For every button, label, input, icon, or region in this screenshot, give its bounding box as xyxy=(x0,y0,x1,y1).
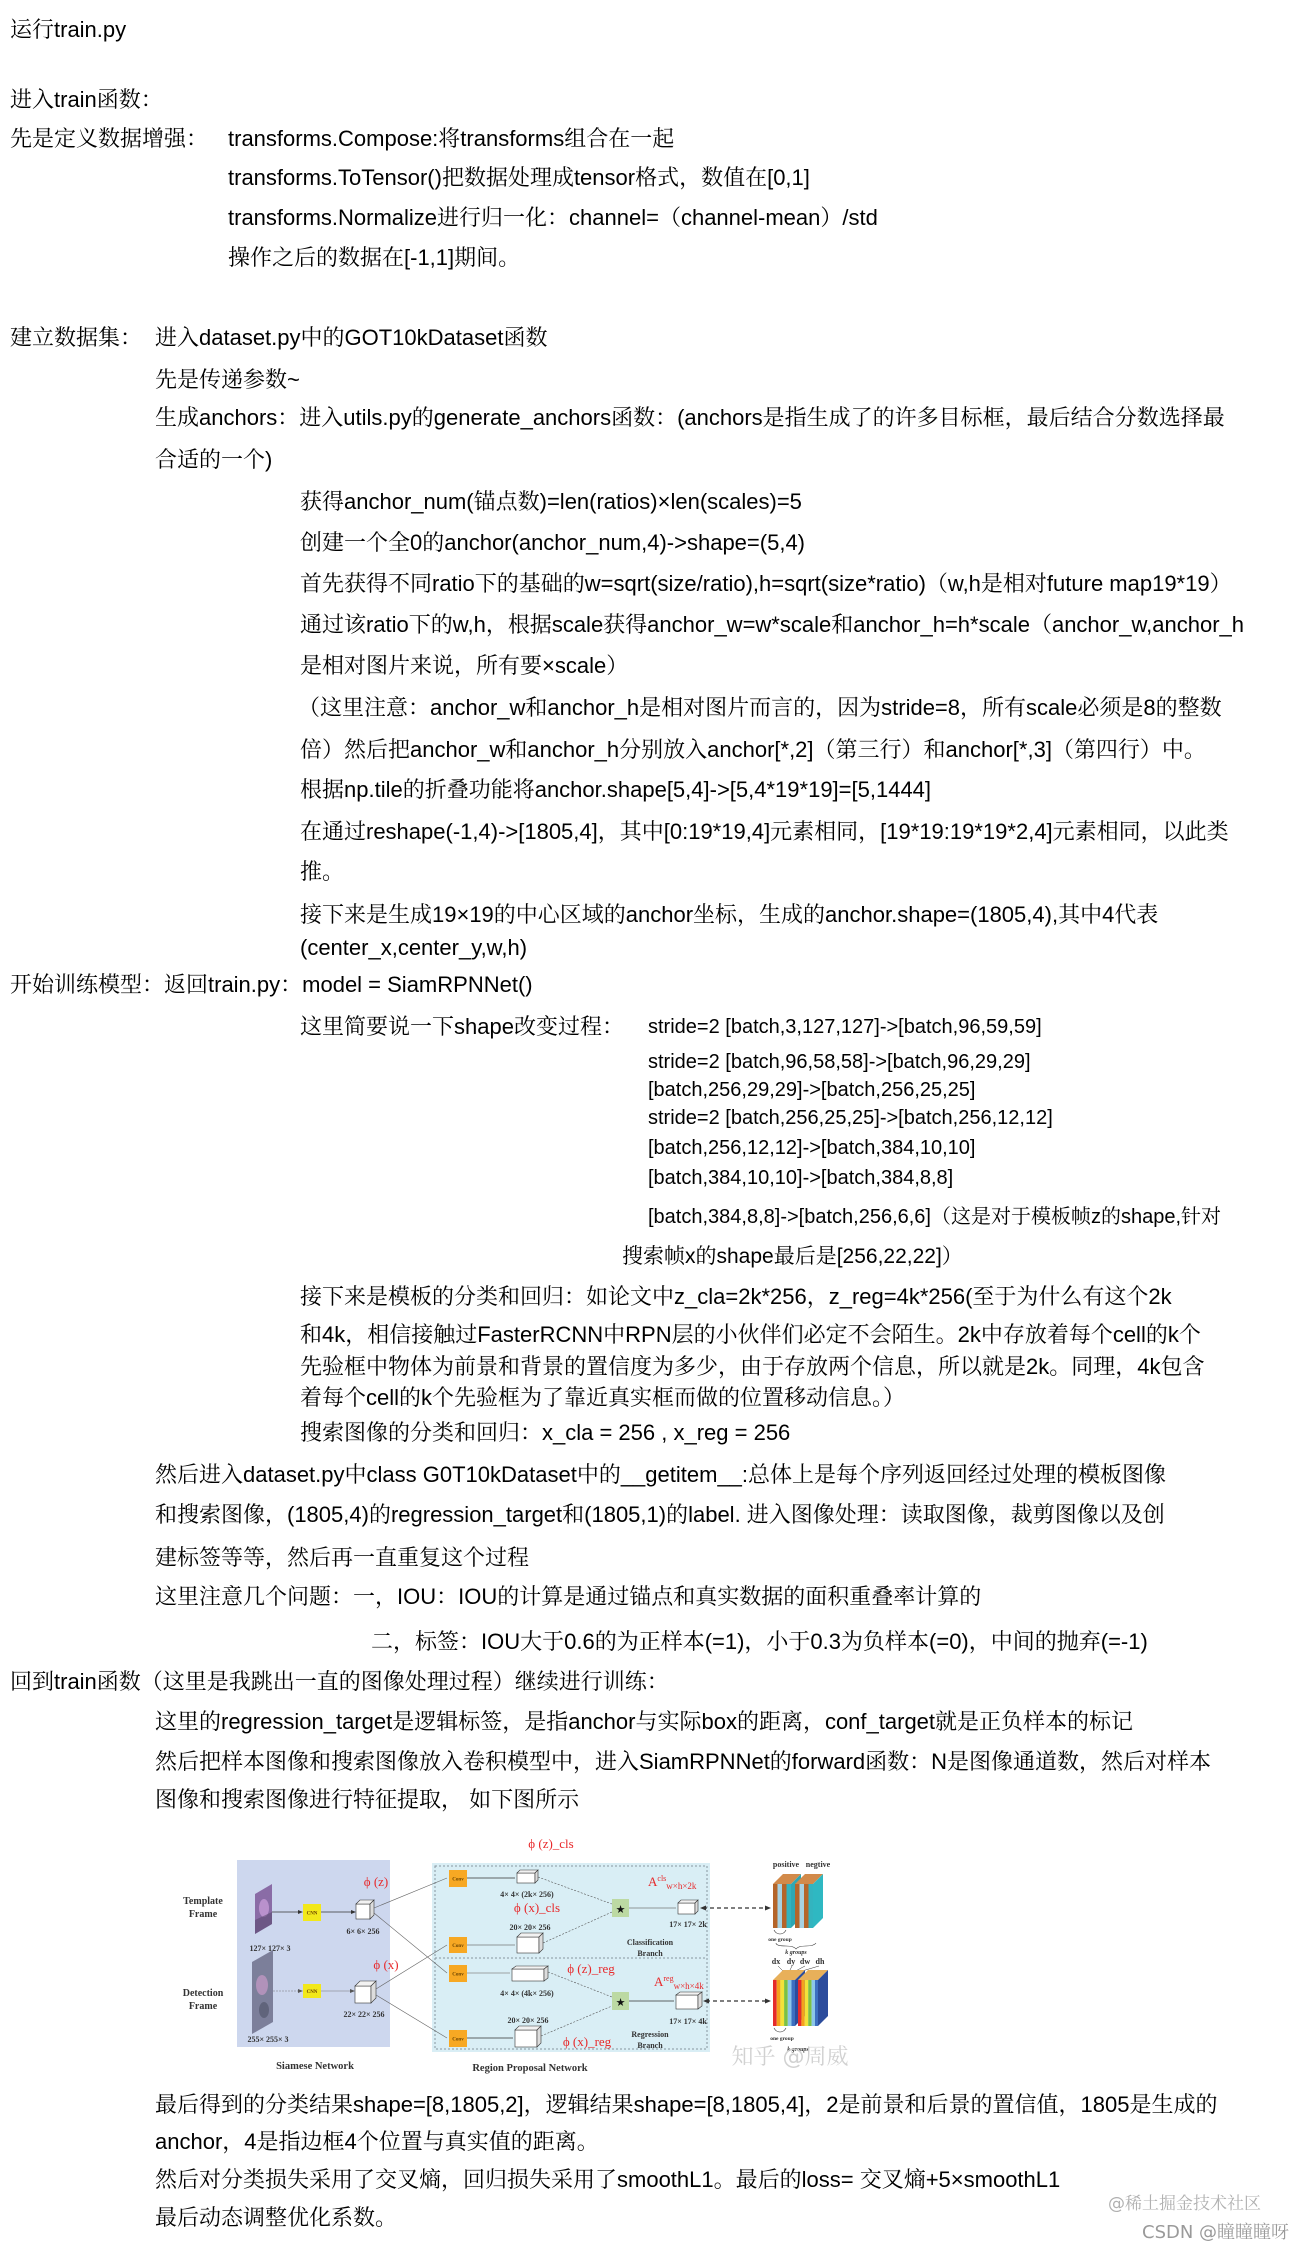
conv-label: Conv xyxy=(452,1878,464,1883)
cube-z-cls xyxy=(517,1870,538,1883)
cls-output-stack xyxy=(773,1874,823,1928)
anchors-line: 通过该ratio下的w,h，根据scale获得anchor_w=w*scale和… xyxy=(300,611,1244,639)
output-cube-reg xyxy=(676,1992,702,2009)
juejin-watermark: @稀土掘金技术社区 xyxy=(1108,2189,1261,2214)
cls-reg-line: 和4k，相信接触过FasterRCNN中RPN层的小伙伴们必定不会陌生。2k中存… xyxy=(300,1321,1201,1349)
x-feature-size: 22× 22× 256 xyxy=(343,2010,384,2019)
z-feature-size: 6× 6× 256 xyxy=(346,1927,379,1936)
shape-step: [batch,384,8,8]->[batch,256,6,6]（这是对于模板帧… xyxy=(648,1204,1221,1230)
feature-cube-x xyxy=(355,1981,376,2003)
phi-z-cls-label: ϕ (z)_cls xyxy=(528,1836,573,1851)
heading-enter-train: 进入train函数： xyxy=(10,86,163,114)
phi-z-reg-label: ϕ (z)_reg xyxy=(567,1961,615,1976)
k-groups-label: k groups xyxy=(785,1950,807,1956)
feature-cube-z xyxy=(356,1900,374,1919)
z-reg-size: 4× 4× (4k× 256) xyxy=(500,1989,554,1998)
dataset-line: 进入dataset.py中的GOT10kDataset函数 xyxy=(155,324,547,352)
getitem-line: 和搜索图像，(1805,4)的regression_target和(1805,1… xyxy=(155,1501,1165,1529)
one-group-label: one group xyxy=(770,2036,794,2042)
getitem-line: 然后进入dataset.py中class G0T10kDataset中的__ge… xyxy=(155,1461,1166,1489)
brace-icon xyxy=(774,1930,786,1934)
anchors-line: 推。 xyxy=(300,858,344,886)
anchors-line: 在通过reshape(-1,4)->[1805,4]，其中[0:19*19,4]… xyxy=(300,818,1229,846)
shape-step: stride=2 [batch,256,25,25]->[batch,256,1… xyxy=(648,1105,1053,1131)
model-line: 开始训练模型：返回train.py：model = SiamRPNNet() xyxy=(10,971,533,999)
detection-frame-label: Detection xyxy=(183,1988,224,1999)
anchors-line: 倍）然后把anchor_w和anchor_h分别放入anchor[*,2]（第三… xyxy=(300,736,1206,764)
dataset-line: 先是传递参数~ xyxy=(155,366,300,394)
augment-line: transforms.ToTensor()把数据处理成tensor格式，数值在[… xyxy=(228,164,810,192)
shape-step: stride=2 [batch,96,58,58]->[batch,96,29,… xyxy=(648,1049,1031,1075)
channel-label: dx xyxy=(772,1957,780,1966)
anchors-line: （这里注意：anchor_w和anchor_h是相对图片而言的，因为stride… xyxy=(298,694,1222,722)
classification-branch-label: Classification xyxy=(627,1938,674,1947)
csdn-watermark: CSDN @瞳瞳瞳呀 xyxy=(1142,2218,1289,2244)
getitem-line: 建标签等等，然后再一直重复这个过程 xyxy=(155,1544,529,1572)
back-train-line: 图像和搜索图像进行特征提取， 如下图所示 xyxy=(155,1786,579,1814)
anchors-line: (center_x,center_y,w,h) xyxy=(300,934,527,962)
dataset-line: 生成anchors：进入utils.py的generate_anchors函数：… xyxy=(155,404,1225,432)
conv-label: Conv xyxy=(452,1944,464,1949)
shape-step: [batch,384,10,10]->[batch,384,8,8] xyxy=(648,1165,953,1191)
augment-line: transforms.Normalize进行归一化：channel=（chann… xyxy=(228,204,878,232)
results-line: 然后对分类损失采用了交叉熵，回归损失采用了smoothL1。最后的loss= 交… xyxy=(155,2166,1060,2194)
classification-branch-label: Branch xyxy=(637,1949,663,1958)
anchors-line: 首先获得不同ratio下的基础的w=sqrt(size/ratio),h=sqr… xyxy=(300,570,1232,598)
shape-step: stride=2 [batch,3,127,127]->[batch,96,59… xyxy=(648,1014,1042,1040)
zhihu-watermark: 知乎 @周威 xyxy=(732,2045,849,2070)
one-group-label: one group xyxy=(768,1937,792,1943)
augment-line: 操作之后的数据在[-1,1]期间。 xyxy=(228,244,520,272)
conv-label: Conv xyxy=(452,2038,464,2043)
back-train-line: 然后把样本图像和搜索图像放入卷积模型中，进入SiamRPNNet的forward… xyxy=(155,1748,1211,1776)
brace-icon xyxy=(776,1943,816,1949)
shape-note: 搜索帧x的shape最后是[256,22,22]） xyxy=(622,1243,963,1271)
phi-x-label: ϕ (x) xyxy=(373,1957,398,1972)
phi-x-cls-label: ϕ (x)_cls xyxy=(514,1900,560,1915)
dataset-label: 建立数据集： xyxy=(10,324,142,352)
phi-x-reg-label: ϕ (x)_reg xyxy=(563,2034,612,2049)
detection-image xyxy=(252,1950,273,2034)
shape-step: [batch,256,12,12]->[batch,384,10,10] xyxy=(648,1135,975,1161)
cube-x-reg xyxy=(515,2026,541,2047)
dashed-double-arrow-cls xyxy=(700,1906,771,1911)
reg-output-size: 17× 17× 4k xyxy=(669,2017,707,2026)
channel-label: dh xyxy=(816,1957,825,1966)
cls-reg-line: 搜索图像的分类和回归：x_cla = 256 , x_reg = 256 xyxy=(300,1419,790,1447)
channel-label: dw xyxy=(800,1957,810,1966)
star-icon: ★ xyxy=(616,1903,626,1916)
dataset-line: 合适的一个) xyxy=(155,446,272,474)
x-cls-size: 20× 20× 256 xyxy=(509,1923,550,1932)
dashed-double-arrow-reg xyxy=(703,1999,771,2004)
template-frame-label: Frame xyxy=(189,1909,218,1920)
cls-reg-line: 先验框中物体为前景和背景的置信度为多少，由于存放两个信息，所以就是2k。同理，4… xyxy=(300,1353,1204,1381)
back-train-line: 这里的regression_target是逻辑标签，是指anchor与实际box… xyxy=(155,1708,1133,1736)
cls-output-size: 17× 17× 2k xyxy=(669,1920,707,1929)
regression-branch-label: Branch xyxy=(637,2041,663,2050)
results-line: 最后得到的分类结果shape=[8,1805,2]，逻辑结果shape=[8,1… xyxy=(155,2091,1217,2119)
cls-reg-line: 接下来是模板的分类和回归：如论文中z_cla=2k*256，z_reg=4k*2… xyxy=(300,1283,1172,1311)
shape-step: [batch,256,29,29]->[batch,256,25,25] xyxy=(648,1077,975,1103)
heading-run-train: 运行train.py xyxy=(10,16,126,44)
augment-label: 先是定义数据增强： xyxy=(10,125,208,153)
notes-line: 这里注意几个问题：一，IOU：IOU的计算是通过锚点和真实数据的面积重叠率计算的 xyxy=(155,1583,981,1611)
output-cube-cls xyxy=(678,1900,698,1914)
document-page: 运行train.py 进入train函数： 先是定义数据增强： transfor… xyxy=(0,0,1308,2248)
anchors-line: 获得anchor_num(锚点数)=len(ratios)×len(scales… xyxy=(300,488,802,516)
channel-label: dy xyxy=(787,1957,795,1966)
cube-z-reg xyxy=(512,1966,548,1981)
siamese-network-caption: Siamese Network xyxy=(276,2061,354,2072)
conv-label: Conv xyxy=(452,1973,464,1978)
results-line: 最后动态调整优化系数。 xyxy=(155,2204,397,2232)
x-reg-size: 20× 20× 256 xyxy=(507,2016,548,2025)
anchors-line: 创建一个全0的anchor(anchor_num,4)->shape=(5,4) xyxy=(300,529,805,557)
brace-icon xyxy=(774,2028,786,2032)
phi-z-label: ϕ (z) xyxy=(364,1874,389,1889)
positive-label: positive xyxy=(773,1860,800,1869)
reg-output-stack xyxy=(773,1970,828,2026)
detection-frame-label: Frame xyxy=(189,2001,218,2012)
anchors-line: 接下来是生成19×19的中心区域的anchor坐标，生成的anchor.shap… xyxy=(300,901,1158,929)
template-size-label: 127× 127× 3 xyxy=(249,1944,290,1953)
template-frame-label: Template xyxy=(183,1896,223,1907)
cube-x-cls xyxy=(517,1933,543,1953)
regression-branch-label: Regression xyxy=(631,2030,669,2039)
results-line: anchor，4是指边框4个位置与真实值的距离。 xyxy=(155,2128,599,2156)
rpn-caption: Region Proposal Network xyxy=(472,2063,587,2074)
back-train-label: 回到train函数（这里是我跳出一直的图像处理过程）继续进行训练： xyxy=(10,1668,669,1696)
cls-reg-line: 着每个cell的k个先验框为了靠近真实框而做的位置移动信息。） xyxy=(300,1384,905,1412)
cnn-label: CNN xyxy=(307,1990,318,1995)
shape-label: 这里简要说一下shape改变过程： xyxy=(300,1013,624,1041)
cnn-label: CNN xyxy=(307,1912,318,1917)
anchors-line: 是相对图片来说，所有要×scale） xyxy=(300,652,628,680)
anchors-line: 根据np.tile的折叠功能将anchor.shape[5,4]->[5,4*1… xyxy=(300,776,931,804)
siamrpn-architecture-figure: Template Frame Detection Frame 127× 127×… xyxy=(150,1820,860,2090)
notes-line: 二，标签：IOU大于0.6的为正样本(=1)，小于0.3为负样本(=0)，中间的… xyxy=(371,1628,1148,1656)
star-icon: ★ xyxy=(616,1996,626,2009)
negative-label: negtive xyxy=(806,1860,831,1869)
augment-line: transforms.Compose:将transforms组合在一起 xyxy=(228,125,674,153)
detection-size-label: 255× 255× 3 xyxy=(247,2035,288,2044)
z-cls-size: 4× 4× (2k× 256) xyxy=(500,1890,554,1899)
